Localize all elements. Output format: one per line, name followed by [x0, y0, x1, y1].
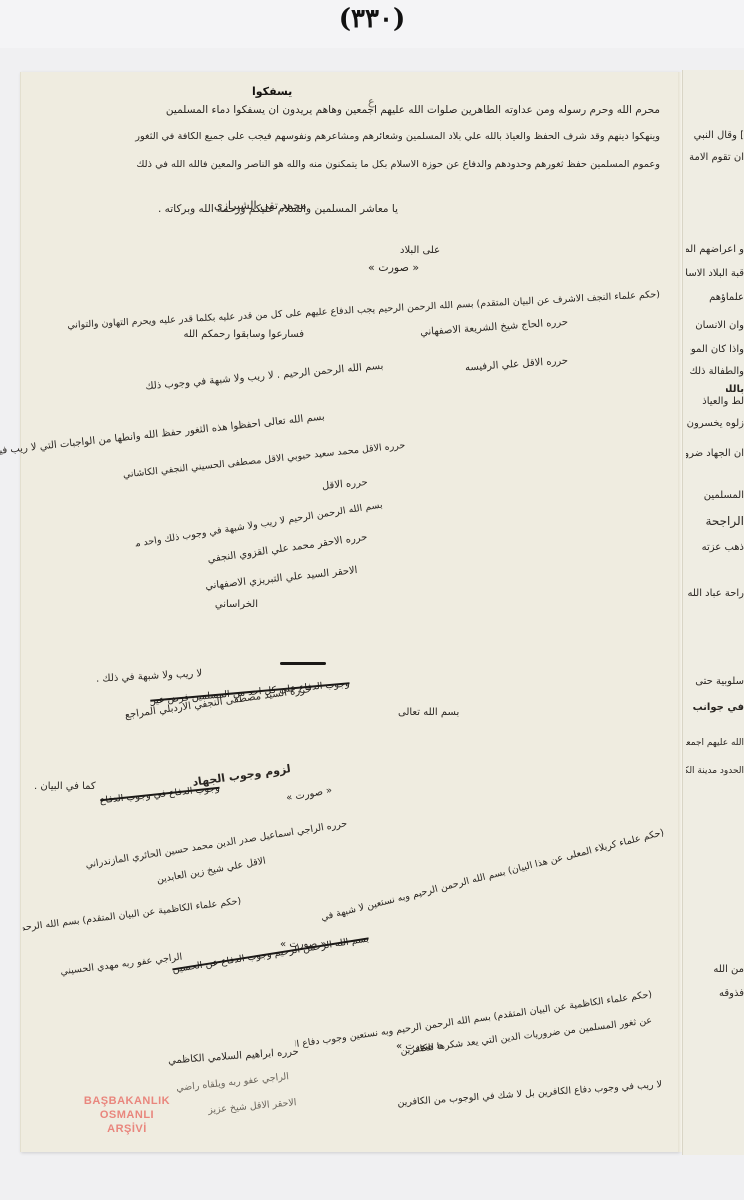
- stamp-line-1: BAŞBAKANLIK: [72, 1094, 182, 1108]
- section-1-heading: « صورت »: [368, 262, 419, 273]
- margin-fragment: ذهب عزته: [686, 542, 744, 553]
- crossed-out-mark: [280, 662, 326, 665]
- margin-fragment: في جوانب: [686, 702, 744, 713]
- margin-fragment: الحدود مدينة الكفاية: [686, 766, 744, 776]
- stamp-line-3: ARŞİVİ: [72, 1122, 182, 1136]
- margin-fragment: زلوه يخسرون الدنيا: [686, 418, 744, 429]
- margin-fragment: سلوبية حتى: [686, 676, 744, 687]
- margin-fragment: وان الانسان: [690, 320, 744, 331]
- header-signature: محمد تقي الشيرازي: [214, 200, 307, 211]
- section-5-line-2: بسم الله تعالى: [398, 708, 459, 718]
- margin-fragment: ان تقوم الامة: [686, 152, 744, 163]
- margin-fragment: بالله: [726, 384, 744, 395]
- header-line-3: وعموم المسلمين حفظ ثغورهم وحدودهم والدفا…: [46, 160, 660, 170]
- section-1-line-2: فسارعوا وسابقوا رحمكم الله: [183, 330, 304, 340]
- margin-fragment: ان الجهاد ضروري: [686, 448, 744, 459]
- page-number: (٣٣٠): [0, 4, 744, 34]
- margin-fragment: الله عليهم اجمعين: [686, 738, 744, 748]
- margin-fragment: الراجحة: [686, 514, 744, 528]
- margin-fragment: ] وقال النبي: [686, 130, 744, 141]
- margin-fragment: والطفالة ذلك: [690, 366, 744, 377]
- section-6-line-2: كما في البيان .: [34, 782, 96, 792]
- margin-fragment: واذا كان الموت: [690, 344, 744, 355]
- section-8-heading: « صورت »: [396, 1042, 443, 1052]
- header-line-1: محرم الله وحرم رسوله ومن عداوته الطاهرين…: [46, 105, 660, 116]
- section-4-signature-3: الخراساني: [215, 600, 258, 610]
- insert-above: يسفكوا: [252, 86, 292, 97]
- margin-fragment: فذوقه: [686, 988, 744, 999]
- margin-fragment: راحة عباد الله: [686, 588, 744, 599]
- header-line-2: وينهكوا دينهم وقد شرف الحفظ والعياذ بالل…: [46, 132, 660, 142]
- manuscript-sheet: [20, 72, 679, 1152]
- margin-fragment: من الله: [686, 964, 744, 975]
- margin-fragment: و اعراضهم المسلمة: [686, 244, 744, 255]
- margin-fragment: قبة البلاد الاسلامية: [686, 268, 744, 279]
- section-1-insert: على البلاد: [400, 246, 440, 256]
- margin-fragment: علماؤهم: [690, 292, 744, 303]
- margin-fragment: لط والعياذ: [686, 396, 744, 407]
- archive-stamp: BAŞBAKANLIK OSMANLI ARŞİVİ: [72, 1094, 182, 1136]
- stamp-line-2: OSMANLI: [72, 1108, 182, 1122]
- margin-fragment: المسلمين: [686, 490, 744, 501]
